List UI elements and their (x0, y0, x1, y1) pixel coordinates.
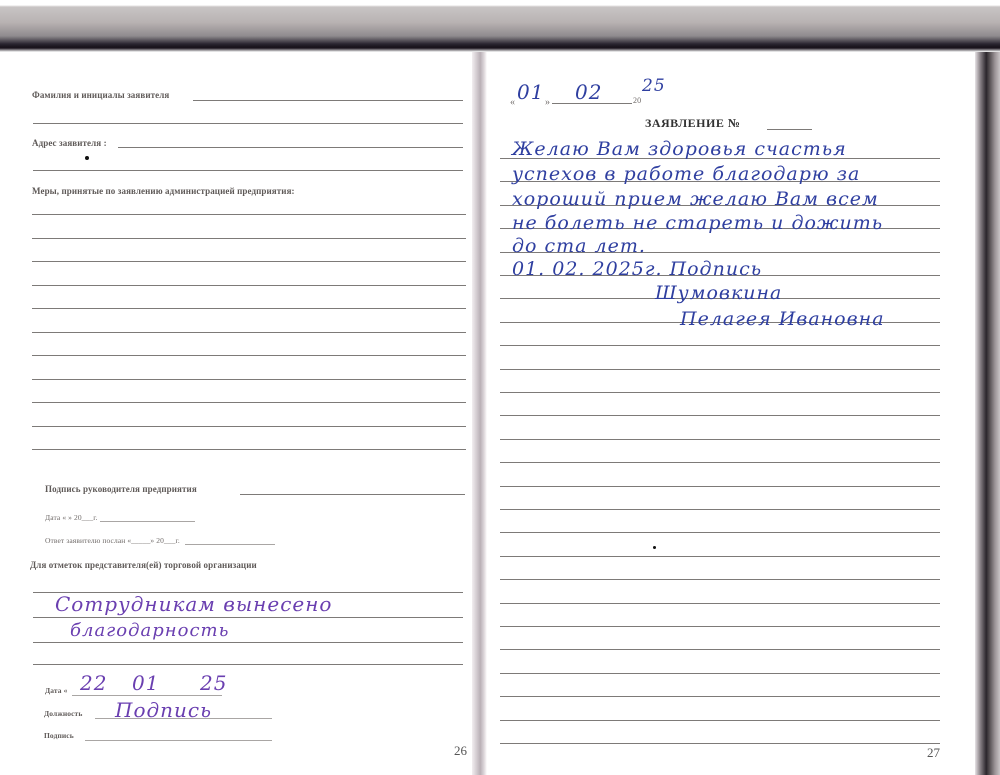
date-year: 25 (642, 76, 666, 96)
page-number-right: 27 (927, 745, 940, 761)
statement-rule-17[interactable] (500, 532, 940, 533)
statement-signed-date: 01. 02. 2025г. Подпись (512, 258, 762, 280)
reply-sent-line: Ответ заявителю послан «_____» 20___г. (45, 536, 180, 545)
representative-note-line-2: благодарность (70, 620, 229, 641)
statement-rule-9[interactable] (500, 345, 940, 346)
reply-sent-blank[interactable] (185, 544, 275, 545)
page-number-left: 26 (454, 743, 467, 759)
right-page (487, 52, 975, 775)
statement-rule-21[interactable] (500, 626, 940, 627)
statement-rule-16[interactable] (500, 509, 940, 510)
statement-line-2: успехов в работе благодарю за (512, 163, 860, 185)
representative-line-3[interactable] (33, 642, 463, 643)
statement-surname: Шумовкина (655, 282, 782, 304)
statement-rule-23[interactable] (500, 673, 940, 674)
scanner-shadow (0, 0, 1000, 52)
manager-signature-line[interactable] (240, 494, 465, 495)
signature-label: Подпись (44, 731, 74, 740)
position-signature: Подпись (115, 698, 212, 722)
statement-given-names: Пелагея Ивановна (680, 308, 885, 330)
rep-date-month: 01 (132, 671, 159, 695)
ink-dot-right (653, 546, 656, 549)
left-page (0, 52, 472, 775)
statement-rule-15[interactable] (500, 486, 940, 487)
statement-title: ЗАЯВЛЕНИЕ № (645, 116, 740, 131)
statement-rule-18[interactable] (500, 556, 940, 557)
statement-rule-26[interactable] (500, 743, 940, 744)
measures-line-9[interactable] (32, 402, 466, 403)
date-day: 01 (517, 80, 544, 104)
applicant-name-line[interactable] (193, 100, 463, 101)
representative-note-line-1: Сотрудникам вынесено (55, 592, 332, 616)
applicant-name-line-2[interactable] (33, 123, 463, 124)
statement-rule-13[interactable] (500, 439, 940, 440)
measures-line-11[interactable] (32, 449, 466, 450)
rep-date-line[interactable] (72, 695, 222, 696)
measures-line-10[interactable] (32, 426, 466, 427)
signature-line[interactable] (85, 740, 272, 741)
applicant-address-line-2[interactable] (33, 170, 463, 171)
book-gutter (472, 52, 487, 775)
measures-line-1[interactable] (32, 214, 466, 215)
date-month: 02 (575, 80, 602, 104)
statement-rule-19[interactable] (500, 579, 940, 580)
page-edge (975, 52, 1000, 775)
date-line-blank[interactable] (100, 521, 195, 522)
date-line: Дата « » 20___г. (45, 513, 98, 522)
date-month-line[interactable] (552, 103, 632, 104)
rep-date-year: 25 (200, 671, 227, 695)
measures-line-5[interactable] (32, 308, 466, 309)
statement-title-text: ЗАЯВЛЕНИЕ № (645, 116, 740, 130)
date-close-quote: » (545, 97, 550, 108)
statement-rule-22[interactable] (500, 649, 940, 650)
statement-line-4: не болеть не стареть и дожить (512, 212, 883, 234)
measures-line-7[interactable] (32, 355, 466, 356)
applicant-address-line[interactable] (118, 147, 463, 148)
representatives-label: Для отметок представителя(ей) торговой о… (30, 560, 257, 570)
statement-number-line[interactable] (767, 129, 812, 130)
statement-line-5: до ста лет. (512, 235, 646, 257)
manager-signature-label: Подпись руководителя предприятия (45, 484, 197, 494)
measures-line-2[interactable] (32, 238, 466, 239)
representative-line-2[interactable] (33, 617, 463, 618)
date-open-quote: « (510, 97, 515, 108)
ink-dot (85, 156, 89, 160)
statement-rule-10[interactable] (500, 369, 940, 370)
rep-date-day: 22 (80, 671, 107, 695)
applicant-name-label: Фамилия и инициалы заявителя (32, 90, 169, 100)
measures-line-4[interactable] (32, 285, 466, 286)
statement-rule-14[interactable] (500, 462, 940, 463)
measures-label: Меры, принятые по заявлению администраци… (32, 186, 295, 196)
statement-rule-25[interactable] (500, 720, 940, 721)
position-label: Должность (44, 709, 82, 718)
date-year-prefix: 20 (633, 96, 641, 105)
statement-rule-11[interactable] (500, 392, 940, 393)
statement-line-1: Желаю Вам здоровья счастья (512, 138, 847, 160)
representative-line-4[interactable] (33, 664, 463, 665)
measures-line-6[interactable] (32, 332, 466, 333)
statement-rule-12[interactable] (500, 415, 940, 416)
measures-line-8[interactable] (32, 379, 466, 380)
applicant-address-label: Адрес заявителя : (32, 138, 107, 148)
statement-line-3: хороший прием желаю Вам всем (512, 188, 879, 210)
measures-line-3[interactable] (32, 261, 466, 262)
date-label: Дата « (45, 686, 67, 695)
statement-rule-20[interactable] (500, 603, 940, 604)
statement-rule-24[interactable] (500, 696, 940, 697)
